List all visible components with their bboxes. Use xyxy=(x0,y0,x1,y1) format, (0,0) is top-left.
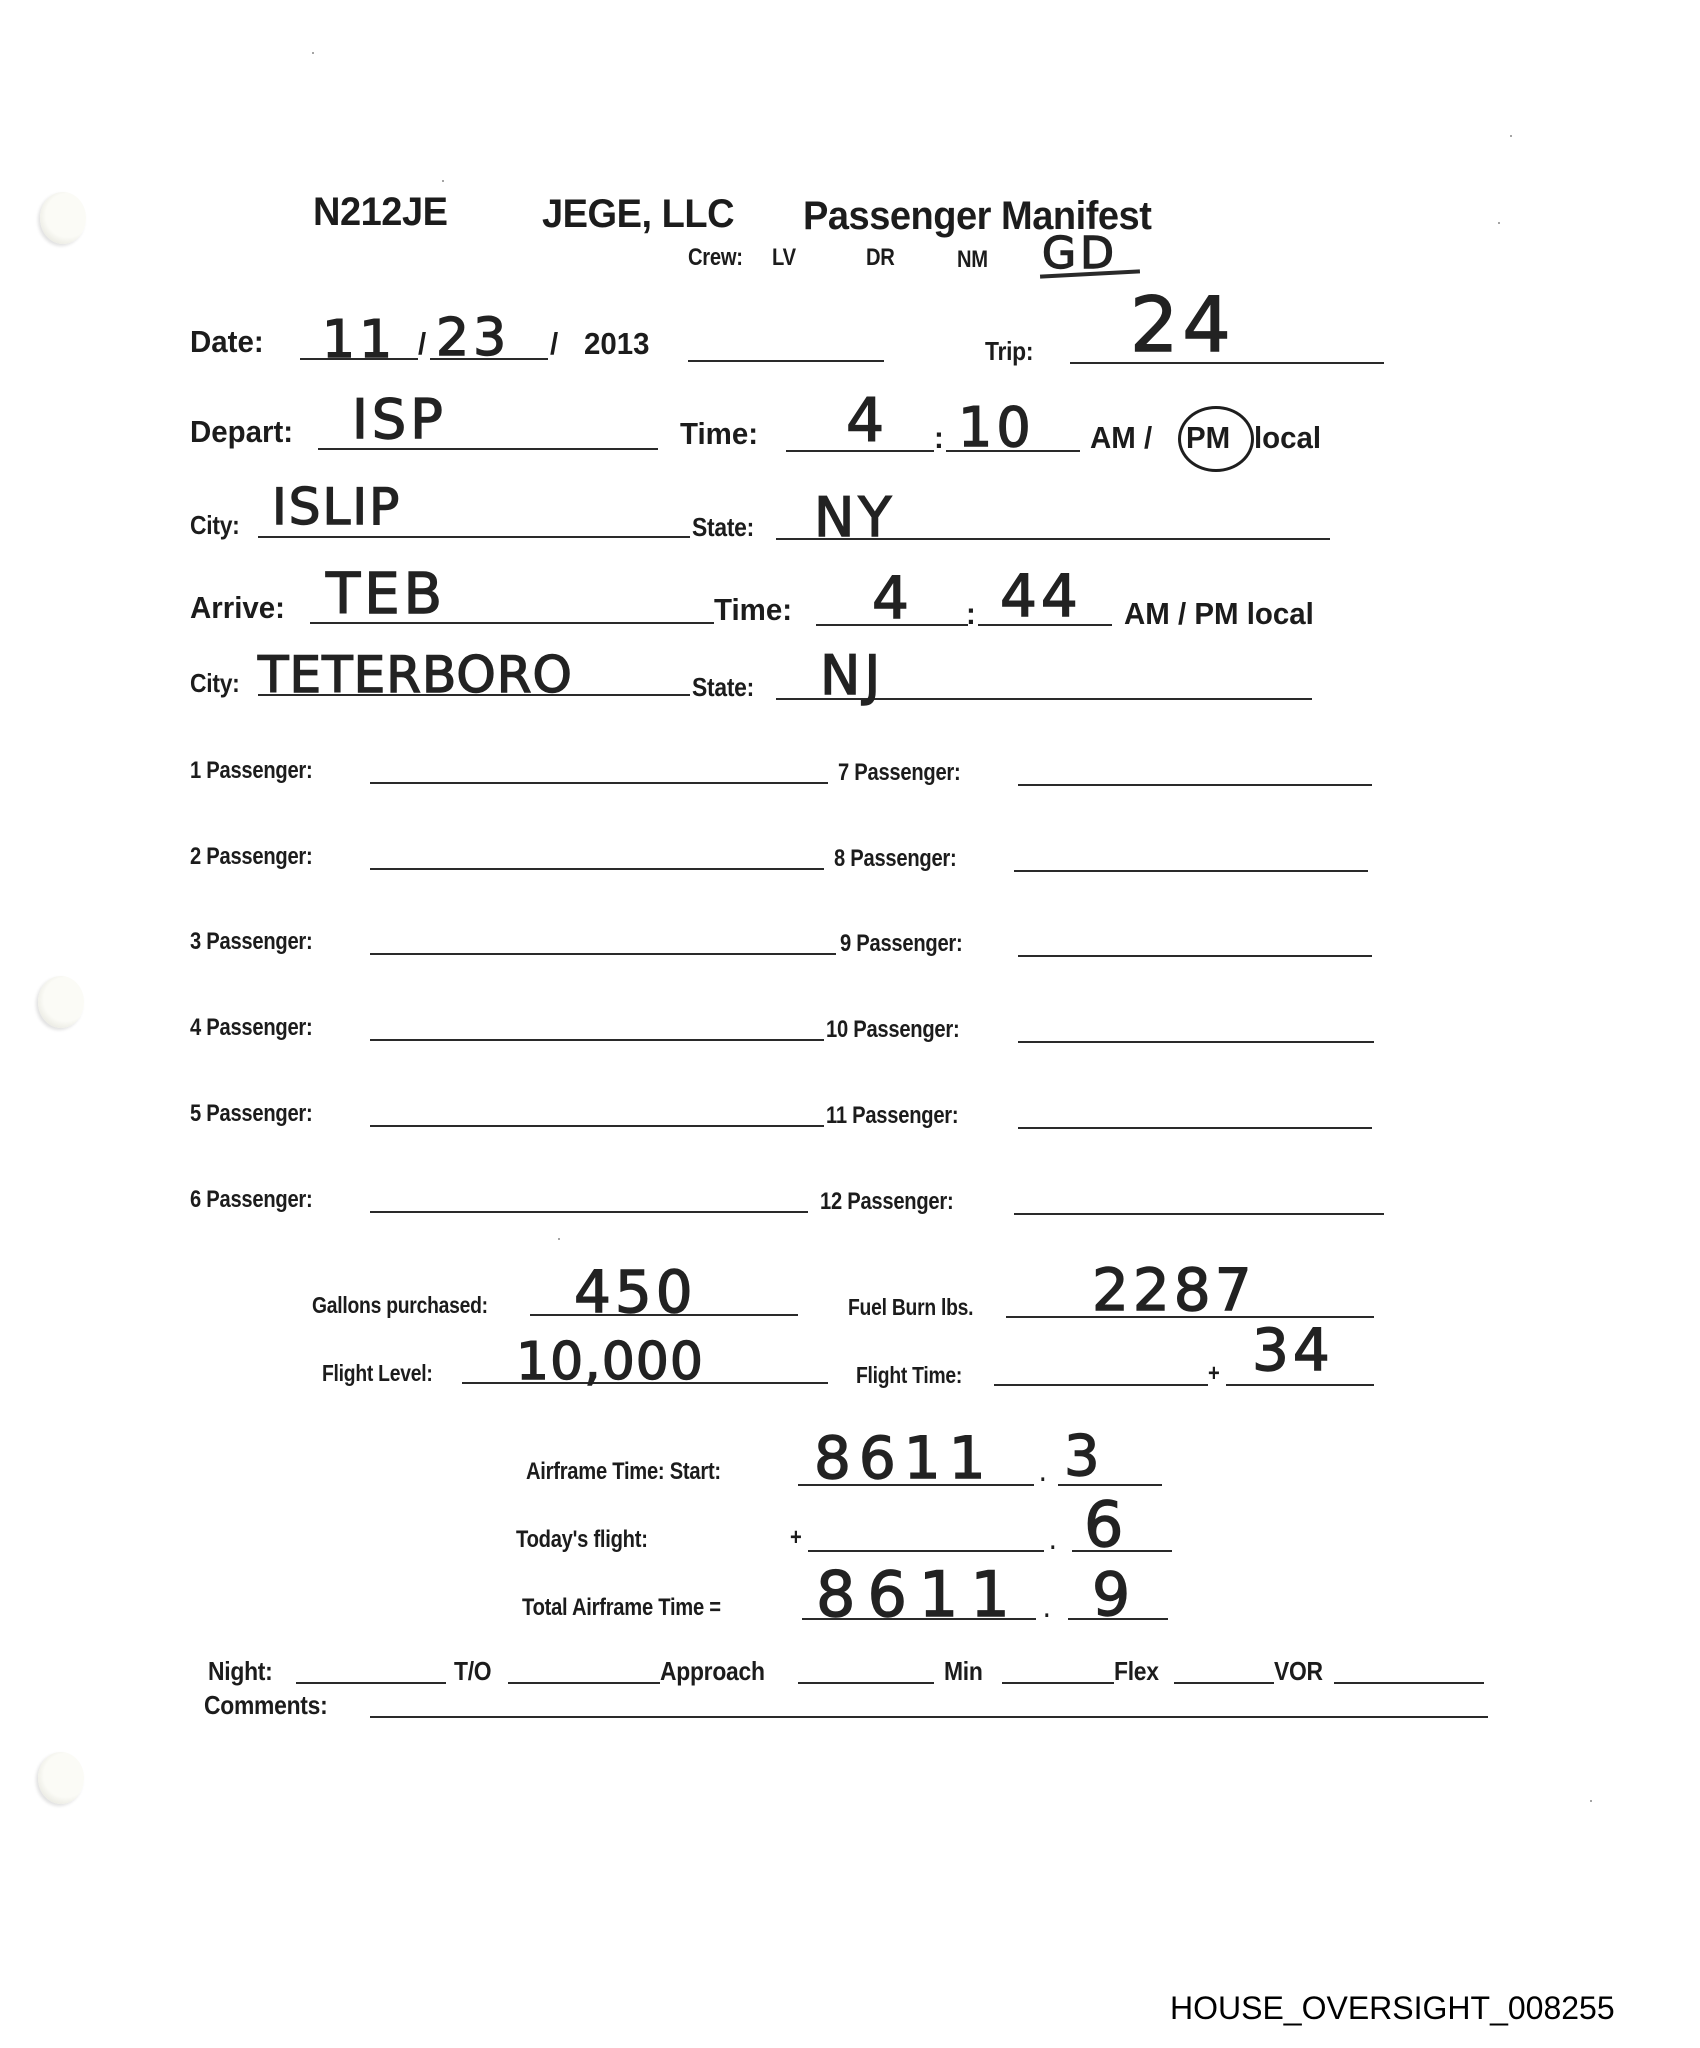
flight-time-field[interactable]: 34 xyxy=(1252,1316,1334,1384)
arrive-state-label: State: xyxy=(692,672,754,703)
depart-time-colon: : xyxy=(934,420,944,456)
depart-ampm-local: local xyxy=(1254,420,1321,456)
passenger-5-field[interactable] xyxy=(370,1125,824,1127)
min-label: Min xyxy=(944,1656,983,1687)
date-day-field[interactable]: 23 xyxy=(436,308,510,368)
arrive-label: Arrive: xyxy=(190,590,285,626)
passenger-11-field[interactable] xyxy=(1018,1127,1372,1129)
todays-flight-tenth-field[interactable]: 6 xyxy=(1084,1488,1127,1561)
passenger-11-label: 11 Passenger: xyxy=(826,1102,958,1130)
depart-field[interactable]: ISP xyxy=(352,388,447,451)
todays-flight-label: Today's flight: xyxy=(516,1526,648,1554)
approach-field[interactable] xyxy=(798,1682,934,1684)
bates-stamp: HOUSE_OVERSIGHT_008255 xyxy=(1170,1990,1615,2027)
depart-city-line xyxy=(258,536,690,538)
depart-city-label: City: xyxy=(190,510,240,541)
crew-option-dr: DR xyxy=(866,244,895,272)
scan-speck xyxy=(558,1238,560,1240)
depart-state-field[interactable]: NY xyxy=(814,486,895,549)
crew-option-nm: NM xyxy=(957,246,988,274)
fuel-burn-field[interactable]: 2287 xyxy=(1092,1256,1256,1324)
airframe-start-tenth-field[interactable]: 3 xyxy=(1064,1424,1104,1489)
depart-time-label: Time: xyxy=(680,416,758,452)
arrive-hour-field[interactable]: 4 xyxy=(872,564,913,632)
arrive-state-field[interactable]: NJ xyxy=(820,644,884,707)
fuel-burn-label: Fuel Burn lbs. xyxy=(848,1294,973,1321)
todays-flight-whole-field[interactable] xyxy=(808,1550,1044,1552)
approach-label: Approach xyxy=(660,1656,765,1687)
takeoff-field[interactable] xyxy=(508,1682,660,1684)
trip-field[interactable]: 24 xyxy=(1130,280,1235,369)
depart-minute-field[interactable]: 10 xyxy=(958,396,1035,459)
scan-speck xyxy=(1498,222,1500,224)
arrive-city-label: City: xyxy=(190,668,240,699)
date-year-line xyxy=(688,360,884,362)
passenger-2-field[interactable] xyxy=(370,868,824,870)
flight-level-field[interactable]: 10,000 xyxy=(516,1332,704,1392)
passenger-12-label: 12 Passenger: xyxy=(820,1188,953,1216)
depart-hour-field[interactable]: 4 xyxy=(846,386,888,456)
night-label: Night: xyxy=(208,1656,272,1687)
total-airframe-tenth-field[interactable]: 9 xyxy=(1092,1560,1134,1630)
depart-state-label: State: xyxy=(692,512,754,543)
passenger-8-label: 8 Passenger: xyxy=(834,845,956,873)
passenger-4-field[interactable] xyxy=(370,1039,824,1041)
passenger-5-label: 5 Passenger: xyxy=(190,1100,312,1128)
night-field[interactable] xyxy=(296,1682,446,1684)
passenger-10-label: 10 Passenger: xyxy=(826,1016,959,1044)
punch-hole-top xyxy=(40,192,86,244)
vor-label: VOR xyxy=(1274,1656,1323,1687)
scan-speck xyxy=(1590,1800,1592,1802)
tail-number: N212JE xyxy=(313,190,447,235)
arrive-ampm[interactable]: AM / PM local xyxy=(1124,596,1314,632)
passenger-8-field[interactable] xyxy=(1014,870,1368,872)
total-airframe-whole-field[interactable]: 8611 xyxy=(816,1558,1022,1631)
passenger-3-label: 3 Passenger: xyxy=(190,928,312,956)
passenger-9-label: 9 Passenger: xyxy=(840,930,962,958)
flex-field[interactable] xyxy=(1174,1682,1274,1684)
punch-hole-bottom xyxy=(38,1752,84,1804)
scan-speck xyxy=(1510,135,1512,137)
date-month-field[interactable]: 11 xyxy=(322,310,396,370)
arrive-field[interactable]: TEB xyxy=(326,562,446,627)
total-airframe-label: Total Airframe Time = xyxy=(522,1594,721,1622)
takeoff-label: T/O xyxy=(454,1656,491,1687)
comments-field[interactable] xyxy=(370,1716,1488,1718)
gallons-purchased-label: Gallons purchased: xyxy=(312,1292,488,1319)
scan-speck xyxy=(312,52,314,54)
passenger-10-field[interactable] xyxy=(1018,1041,1374,1043)
flight-level-label: Flight Level: xyxy=(322,1360,433,1387)
flight-time-hours-line xyxy=(994,1384,1208,1386)
arrive-minute-field[interactable]: 44 xyxy=(1000,562,1082,630)
date-year: 2013 xyxy=(584,326,650,362)
flight-time-label: Flight Time: xyxy=(856,1362,962,1389)
trip-label: Trip: xyxy=(985,336,1033,367)
passenger-1-field[interactable] xyxy=(370,782,828,784)
flight-time-plus: + xyxy=(1208,1360,1220,1388)
passenger-4-label: 4 Passenger: xyxy=(190,1014,312,1042)
passenger-6-label: 6 Passenger: xyxy=(190,1186,312,1214)
passenger-6-field[interactable] xyxy=(370,1211,808,1213)
passenger-7-label: 7 Passenger: xyxy=(838,759,960,787)
passenger-12-field[interactable] xyxy=(1014,1213,1384,1215)
crew-label: Crew: xyxy=(688,244,743,272)
passenger-2-label: 2 Passenger: xyxy=(190,843,312,871)
passenger-9-field[interactable] xyxy=(1018,955,1372,957)
depart-label: Depart: xyxy=(190,414,293,450)
date-label: Date: xyxy=(190,324,264,360)
arrive-time-colon: : xyxy=(966,596,976,632)
todays-flight-plus: + xyxy=(790,1524,802,1552)
total-airframe-decimal: . xyxy=(1044,1596,1049,1624)
date-sep-1: / xyxy=(418,326,426,362)
airframe-start-decimal: . xyxy=(1040,1460,1045,1488)
date-sep-2: / xyxy=(550,326,558,362)
arrive-city-field[interactable]: TETERBORO xyxy=(258,646,573,704)
flight-time-minutes-line xyxy=(1226,1384,1374,1386)
flex-label: Flex xyxy=(1114,1656,1159,1687)
depart-pm-selected-circle xyxy=(1178,406,1254,472)
company-name: JEGE, LLC xyxy=(542,192,734,237)
arrive-time-label: Time: xyxy=(714,592,792,628)
min-field[interactable] xyxy=(1002,1682,1114,1684)
gallons-purchased-field[interactable]: 450 xyxy=(574,1258,697,1326)
airframe-start-label: Airframe Time: Start: xyxy=(526,1458,721,1486)
todays-flight-decimal: . xyxy=(1050,1528,1055,1556)
airframe-start-whole-field[interactable]: 8611 xyxy=(814,1424,994,1492)
crew-option-lv: LV xyxy=(772,244,796,272)
passenger-7-field[interactable] xyxy=(1018,784,1372,786)
vor-field[interactable] xyxy=(1334,1682,1484,1684)
punch-hole-middle xyxy=(38,976,84,1028)
comments-label: Comments: xyxy=(204,1690,327,1721)
passenger-1-label: 1 Passenger: xyxy=(190,757,312,785)
depart-ampm-am[interactable]: AM / xyxy=(1090,420,1152,456)
scan-speck xyxy=(442,180,444,182)
passenger-3-field[interactable] xyxy=(370,953,836,955)
depart-city-field[interactable]: ISLIP xyxy=(272,478,401,536)
